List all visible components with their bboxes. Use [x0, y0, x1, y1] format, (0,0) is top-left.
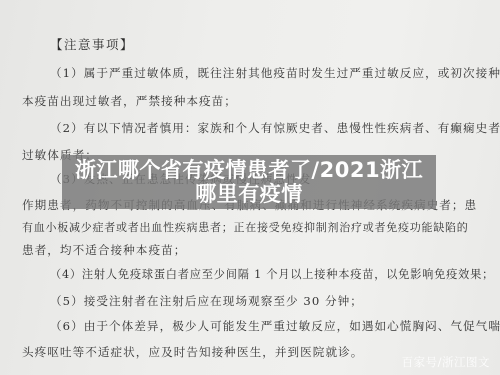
doc-line-8: 患者，均不适合接种本疫苗； [22, 243, 186, 257]
doc-line-11: （6）由于个体差异，极少人可能发生严重过敏反应，如遇如心慌胸闷、气促气喘、 [50, 319, 500, 333]
doc-line-3: （2）有以下情况者慎用：家族和个人有惊厥史者、患慢性性疾病者、有癫痫史者、 [50, 121, 500, 135]
source-watermark: 百家号/浙江图文 [402, 354, 490, 370]
overlay-title-line-1: 浙江哪个省有疫情患者了/2021浙江 [75, 158, 423, 182]
doc-line-9: （4）注射人免疫球蛋白者应至少间隔 1 个月以上接种本疫苗，以免影响免疫效果； [50, 268, 494, 282]
doc-line-2: 本疫苗出现过敏者，严禁接种本疫苗； [22, 94, 237, 108]
overlay-title-line-2: 哪里有疫情 [195, 182, 303, 206]
doc-line-10: （5）接受注射者在注射后应在现场观察至少 30 分钟； [50, 294, 363, 308]
doc-line-1: （1）属于严重过敏体质，既往注射其他疫苗时发生过严重过敏反应，或初次接种 [50, 66, 500, 80]
doc-line-7: 有血小板减少症者或者出血性疾病患者；正在接受免疫抑制剂治疗或者免疫功能缺陷的 [22, 221, 469, 235]
doc-line-12: 头疼呕吐等不适症状，应及时告知接种医生，并到医院就诊。 [22, 345, 363, 359]
section-heading: 【注意事项】 [50, 38, 134, 52]
title-overlay: 浙江哪个省有疫情患者了/2021浙江 哪里有疫情 [62, 155, 436, 209]
